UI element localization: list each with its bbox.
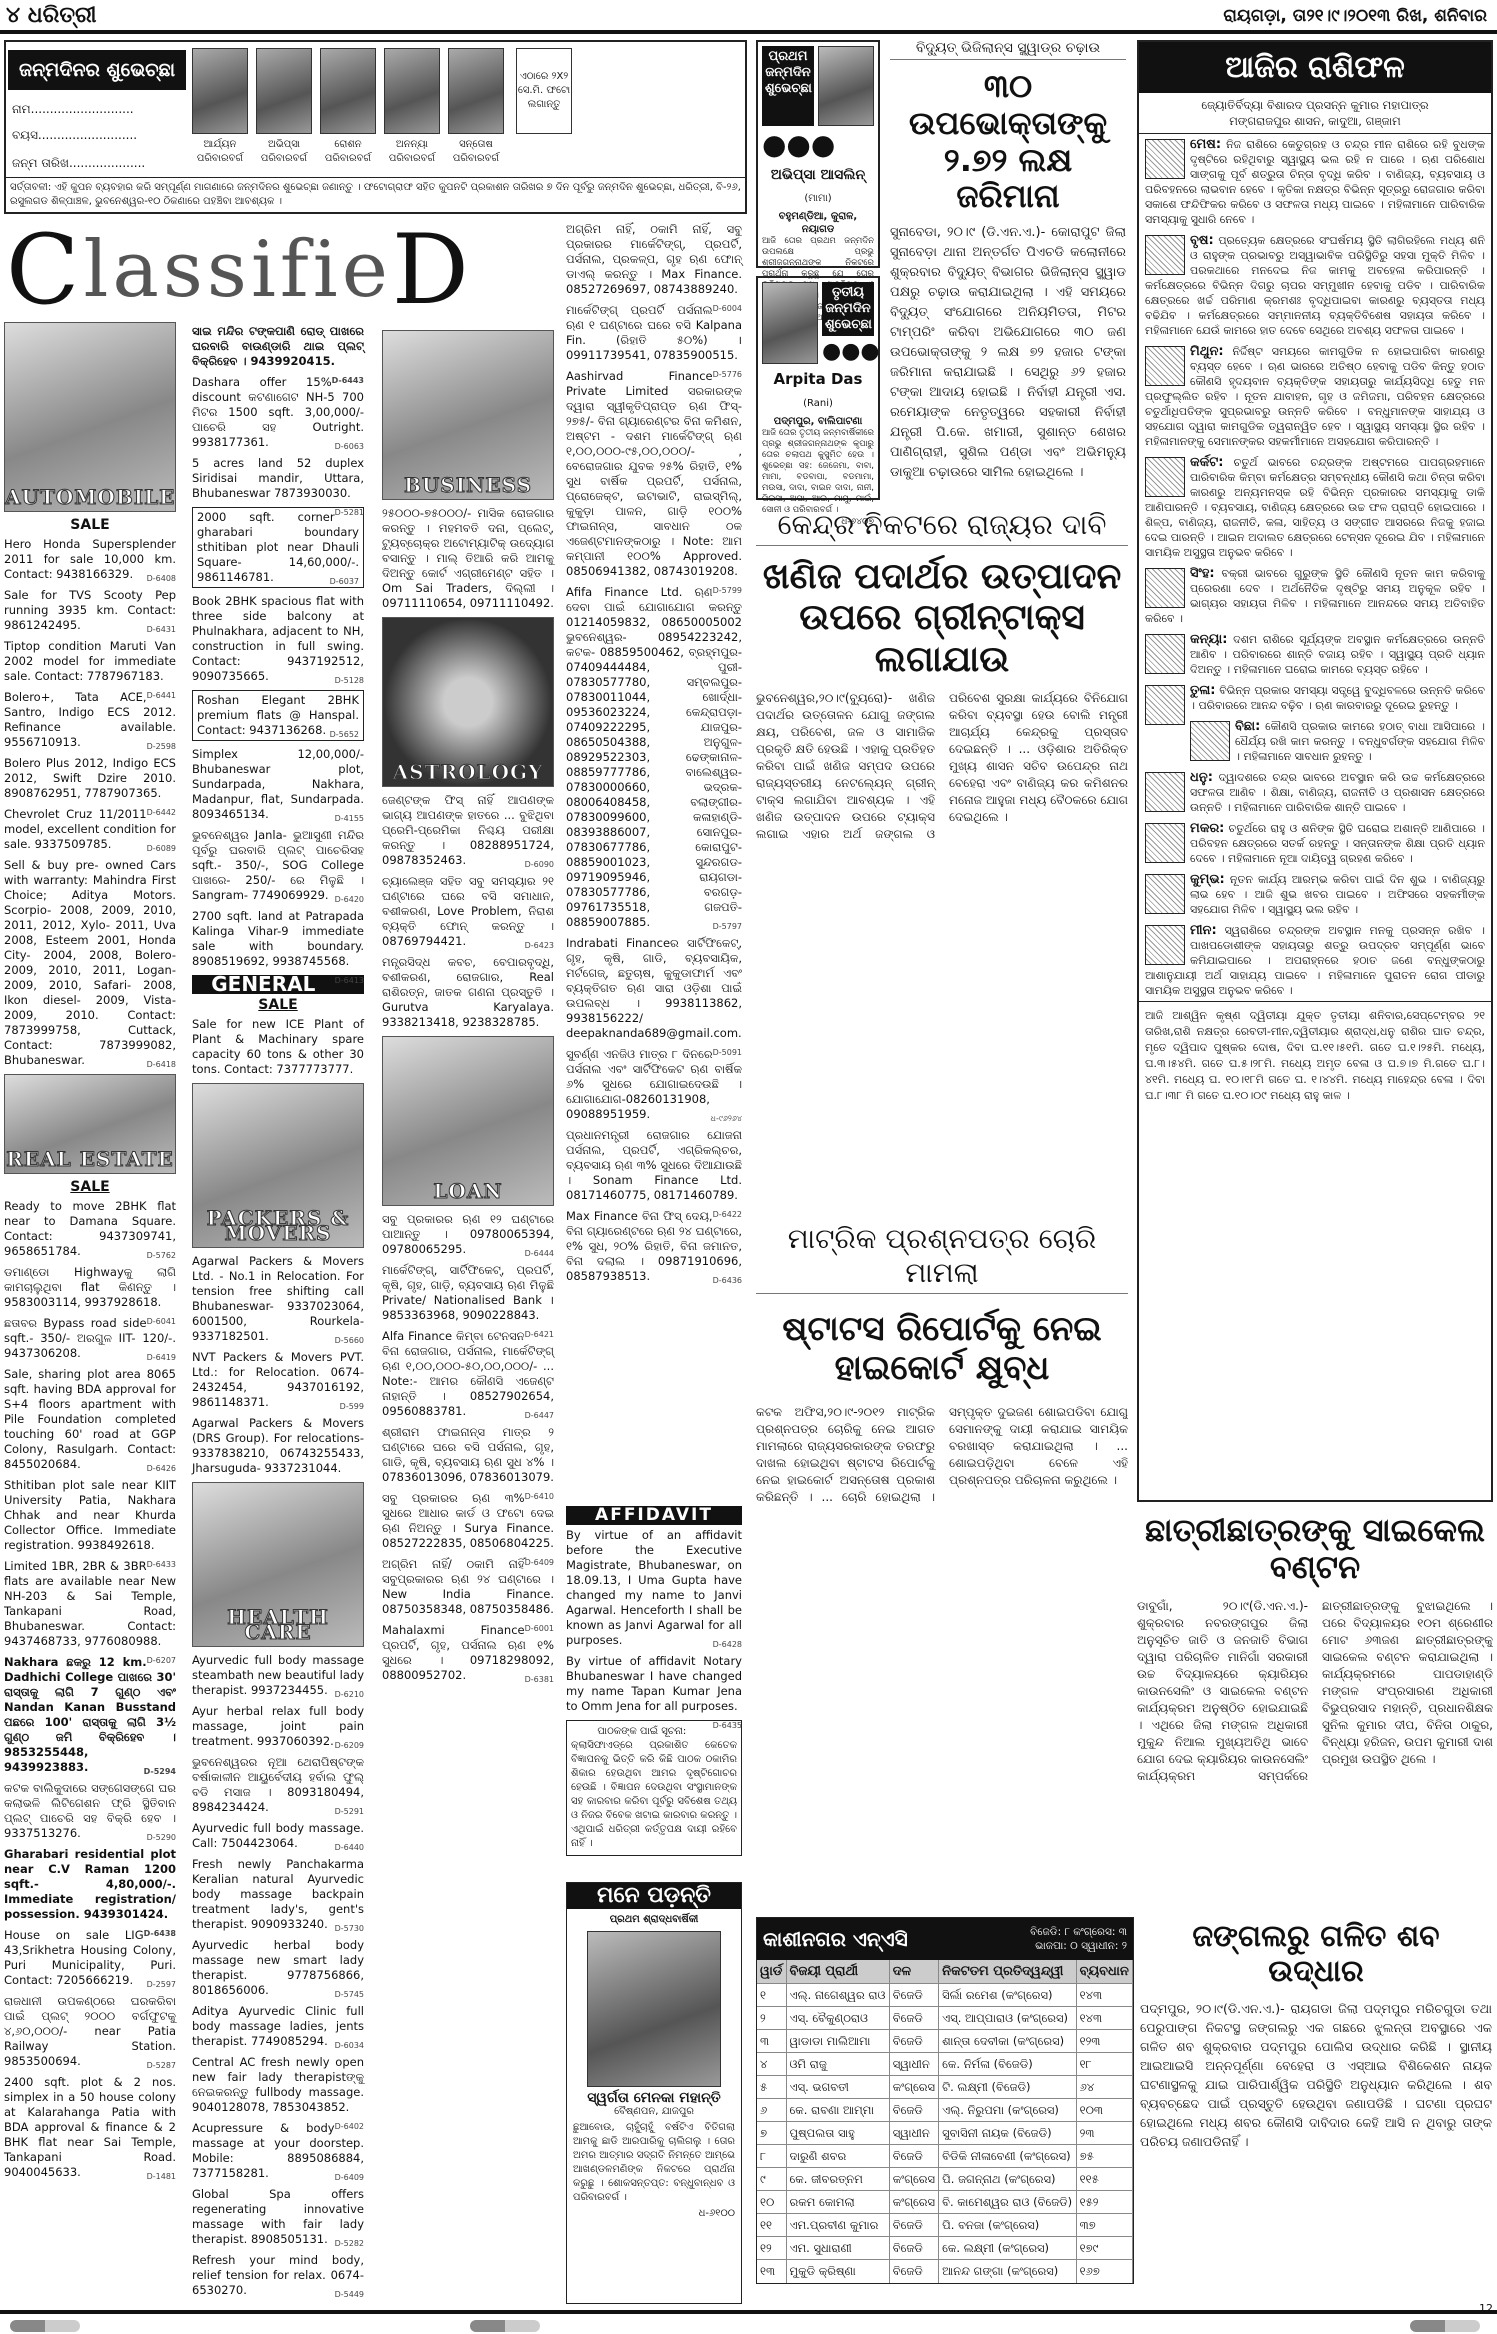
classified-ad: Sell & buy pre- owned Cars with warranty… bbox=[4, 858, 176, 1068]
table-cell: ୭ bbox=[757, 2122, 786, 2145]
table-cell: ପୁଷ୍ପଲତା ସାହୁ bbox=[786, 2122, 889, 2145]
horoscope-panel: ଆଜିର ରାଶିଫଳ ଜ୍ୟୋତିର୍ବିଦ୍ୟା ବିଶାରଦ ପ୍ରସନ୍… bbox=[1137, 40, 1493, 1502]
classified-ad: ଭୁବନେଶ୍ୱରର ନୂଆ ଥେରାପିଷ୍ଟଙ୍କ ବର୍ଷାକାଳୀନ ଆ… bbox=[192, 1755, 364, 1815]
table-cell: ଏମ. ସୁଧାରାଣୀ bbox=[786, 2237, 889, 2260]
cancer-icon bbox=[1145, 457, 1185, 497]
child-photo bbox=[818, 46, 874, 126]
table-cell: ଏଲ୍. ନିରୁପମା (କଂଗ୍ରେସ) bbox=[939, 2099, 1076, 2122]
classified-ad: Sale, sharing plot area 8065 sqft. havin… bbox=[4, 1367, 176, 1472]
baby-photo bbox=[256, 48, 312, 134]
obituary-title: ମନେ ପଡ଼ନ୍ତି bbox=[567, 1883, 741, 1909]
table-cell: ୭୫ bbox=[1076, 2145, 1132, 2168]
table-cell: କେ. ନିର୍ମଳା (ବିଜେଡି) bbox=[939, 2053, 1076, 2076]
table-cell: କଂଗ୍ରେସ bbox=[889, 2076, 938, 2099]
classified-ad: Global Spa offers regenerating innovativ… bbox=[192, 2187, 364, 2247]
panchang: ଆଜି ଆଶ୍ୱିନ କୃଷ୍ଣ ଦ୍ୱିତୀୟା ଯୁକ୍ତ ତୃତୀୟା ଶ… bbox=[1139, 1001, 1491, 1110]
table-cell: ୧୫୨ bbox=[1076, 2191, 1132, 2214]
classified-ad: Roshan Elegant 2BHK premium flats @ Hans… bbox=[192, 690, 364, 741]
bottom-rule bbox=[0, 2310, 1497, 2314]
virgo-icon bbox=[1145, 634, 1185, 674]
sale-heading: SALE bbox=[192, 998, 364, 1013]
classified-col-1: AUTOMOBILE SALE Hero Honda Supersplender… bbox=[4, 322, 176, 2186]
registration-mark bbox=[1410, 2320, 1480, 2332]
reader-notice: ପାଠକଙ୍କ ପାଇଁ ସୂଚନା: କ୍ଲାସିଫାଏଡ୍‌ରେ ପ୍ରକା… bbox=[566, 1720, 742, 1856]
table-row: ୪ଓମି ରାଜୁସ୍ୱାଧୀନକେ. ନିର୍ମଳା (ବିଜେଡି)୧୮ bbox=[757, 2053, 1133, 2076]
affidavit-heading: AFFIDAVIT bbox=[566, 1506, 742, 1525]
classified-col-3: BUSINESS ୨୫୦୦୦-୭୫୦୦୦/- ମାସିକ ରୋଜଗାର କରନ୍… bbox=[382, 330, 554, 1689]
sale-heading: SALE bbox=[4, 1180, 176, 1195]
table-cell: ବିଜେଡି bbox=[889, 2145, 938, 2168]
classified-ad: Sale for new ICE Plant of Plant & Machin… bbox=[192, 1017, 364, 1077]
table-row: ୧ଏଲ୍. ନାଗେଶ୍ୱର ରାଓବିଜେଡିସିର୍ଲା ରମେଶ (କଂଗ… bbox=[757, 1984, 1133, 2007]
table-cell: ୧୭୯ bbox=[1076, 2237, 1132, 2260]
table-cell: ବିଜେଡି bbox=[889, 2030, 938, 2053]
page-number: 12 bbox=[1479, 2302, 1493, 2315]
table-cell: ଏସ୍. ବୈକୁଣ୍ଠରାଓ bbox=[786, 2007, 889, 2030]
affidavit-section: AFFIDAVIT By virtue of an affidavit befo… bbox=[566, 1506, 742, 1856]
table-cell: ସ୍ୱାଧୀନ bbox=[889, 2053, 938, 2076]
classified-ad: 2700 sqft. land at Patrapada Kalinga Vih… bbox=[192, 909, 364, 969]
table-cell: କେ. ଜୀବରତ୍ନମ bbox=[786, 2168, 889, 2191]
table-cell: ପି. ଜଗନ୍ନାଥ (କଂଗ୍ରେସ) bbox=[939, 2168, 1076, 2191]
table-cell: ବିଜେଡି bbox=[889, 2214, 938, 2237]
classified-ad: ଜେଣ୍ଟଙ୍କ ଫିସ୍ ନାହିଁ ଆପଣଙ୍କ ଭାଗ୍ୟ ଆପଣଙ୍କ … bbox=[382, 793, 554, 868]
sign-cancer: କର୍କଟ: ଚତୁର୍ଥ ଭାବରେ ଚନ୍ଦ୍ରଙ୍କ ଅଷ୍ଟମରେ ପା… bbox=[1139, 452, 1491, 563]
table-cell: ଆନନ୍ଦ ଗଙ୍ଗା (କଂଗ୍ରେସ) bbox=[939, 2260, 1076, 2283]
classified-ad: ଅଗ୍ରିମ ନାହିଁ, ଠକାମି ନାହିଁ, ସବୁ ପ୍ରକାରର ମ… bbox=[566, 222, 742, 297]
table-cell: ୧୧୫ bbox=[1076, 2168, 1132, 2191]
classified-ad: ଭୁବନେଶ୍ୱର Janla- ଭୁଆସୁଣୀ ମନ୍ଦିର ପୂର୍ବରୁ … bbox=[192, 828, 364, 903]
business-banner: BUSINESS bbox=[382, 330, 554, 500]
sign-capricorn: ମକର: ଚତୁର୍ଥରେ ରାହୁ ଓ ଶନିଙ୍କ ସ୍ଥିତି ଘରୋଇ … bbox=[1139, 818, 1491, 869]
table-cell: କଂଗ୍ରେସ bbox=[889, 2168, 938, 2191]
table-cell: ଶାନ୍ତା ଦେବୀକା (କଂଗ୍ରେସ) bbox=[939, 2030, 1076, 2053]
man-photo bbox=[448, 48, 504, 134]
table-cell: ଓମି ରାଜୁ bbox=[786, 2053, 889, 2076]
classified-ad: Bolero Plus 2012, Indigo ECS 2012, Swift… bbox=[4, 756, 176, 801]
headline: ଖଣିଜ ପଦାର୍ଥର ଉତ୍ପାଦନ ଉପରେ ଗ୍ରୀନ୍‌ଟାକ୍ସ ଲ… bbox=[756, 556, 1128, 680]
headline: ଜଙ୍ଗଲରୁ ଗଳିତ ଶବ ଉଦ୍ଧାର bbox=[1140, 1920, 1492, 1989]
boy-photo bbox=[320, 48, 376, 134]
table-cell: ଏମ.ପ୍ରବୀଣ କୁମାର bbox=[786, 2214, 889, 2237]
table-cell: ୬୪ bbox=[1076, 2076, 1132, 2099]
obituary: ମନେ ପଡ଼ନ୍ତି ପ୍ରଥମ ଶ୍ରାଦ୍ଧବାର୍ଷିକୀ ସ୍ୱର୍ଗ… bbox=[566, 1882, 742, 2304]
baby-photo bbox=[192, 48, 248, 134]
pisces-icon bbox=[1145, 925, 1185, 965]
classified-ad: କଟକ ବାଲିକୁଦାରେ ସଙ୍ଗେସଙ୍ଗେ ଘର କଲାଭଳି ଲିଟି… bbox=[4, 1781, 176, 1841]
sign-aries: ମେଷ: ନିଜ ରାଶିରେ କେତୁଗ୍ରହ ଓ ଚନ୍ଦ୍ର ମୀନ ରା… bbox=[1139, 134, 1491, 230]
classified-col-4: ଅଗ୍ରିମ ନାହିଁ, ଠକାମି ନାହିଁ, ସବୁ ପ୍ରକାରର ମ… bbox=[566, 222, 742, 1290]
table-cell: ୧୪୩ bbox=[1076, 2007, 1132, 2030]
aries-icon bbox=[1145, 139, 1185, 179]
table-cell: କଂଗ୍ରେସ bbox=[889, 2191, 938, 2214]
table-cell: ଏଲ୍. ନାଗେଶ୍ୱର ରାଓ bbox=[786, 1984, 889, 2007]
table-cell: ୧୦୩ bbox=[1076, 2099, 1132, 2122]
column-header: ଦଳ bbox=[889, 1960, 938, 1984]
table-cell: ୧ bbox=[757, 1984, 786, 2007]
sign-virgo: କନ୍ୟା: ଦଶମ ରାଶିରେ ସୂର୍ଯ୍ୟଙ୍କ ଅବସ୍ଥାନ କର୍… bbox=[1139, 629, 1491, 680]
name-field: ନାମ........................... bbox=[12, 102, 134, 117]
news-matric: ମାଟ୍ରିକ ପ୍ରଶ୍ନପତ୍ର ଚୋରି ମାମଲା ଷ୍ଟାଟସ ରିପ… bbox=[756, 1222, 1128, 1884]
sign-taurus: ବୃଷ: ପ୍ରତ୍ୟେକ କ୍ଷେତ୍ରରେ ସଂଘର୍ଷମୟ ସ୍ଥିତି … bbox=[1139, 230, 1491, 341]
classified-ad: Limited 1BR, 2BR & 3BR flats are availab… bbox=[4, 1559, 176, 1649]
table-cell: ୬ bbox=[757, 2099, 786, 2122]
registration-mark bbox=[10, 2320, 80, 2332]
horoscope-title: ଆଜିର ରାଶିଫଳ bbox=[1139, 42, 1491, 93]
obituary-photo bbox=[587, 1931, 721, 2087]
girl-photo bbox=[384, 48, 440, 134]
table-cell: ୧୦ bbox=[757, 2191, 786, 2214]
table-cell: ୧୮ bbox=[1076, 2053, 1132, 2076]
astrology-banner: ASTROLOGY bbox=[382, 617, 554, 787]
classified-ad: Indrabati Financeର ସାର୍ଟିଫିକେଟ୍, ଗୃହ, କୃ… bbox=[566, 936, 742, 1041]
classified-ad: ସାଇ ମନ୍ଦିର ଟଙ୍କପାଣି ରୋଡ୍ ପାଖରେ ଘରବାରି ବା… bbox=[192, 324, 364, 369]
aquarius-icon bbox=[1145, 874, 1185, 914]
classified-ad: Agarwal Packers & Movers (DRS Group). Fo… bbox=[192, 1416, 364, 1476]
table-cell: ସ୍ୱାଧୀନ bbox=[889, 2122, 938, 2145]
table-cell: ୧୧ bbox=[757, 2214, 786, 2237]
automobile-banner: AUTOMOBILE bbox=[4, 322, 176, 512]
affidavit-notice: By virtue of an affidavit before the Exe… bbox=[566, 1528, 742, 1648]
sign-sagittarius: ଧନୁ: ଦ୍ୱାଦଶରେ ଚନ୍ଦ୍ର ଭାବରେ ଅବସ୍ଥାନ କରି ଉ… bbox=[1139, 767, 1491, 818]
table-cell: ୨୩ bbox=[1076, 2122, 1132, 2145]
balloons-icon: ●●● bbox=[762, 126, 874, 164]
classified-ad: Agarwal Packers & Movers Ltd. - No.1 in … bbox=[192, 1254, 364, 1344]
classified-ad: Afifa Finance Ltd. ଋଣ ଦେବା ପାଇଁ ଯୋଗାଯୋଗ … bbox=[566, 585, 742, 930]
election-results-table: କାଶୀନଗର ଏନ୍‌ଏସି ବିଜେଡି: ୮ କଂଗ୍ରେସ: ୩ଭାଜପ… bbox=[756, 1917, 1134, 2284]
classified-ad: Nakhara ଛକରୁ 12 km. Dadhichi College ପାଖ… bbox=[4, 1655, 176, 1775]
table-cell: ପି. ବନଜା (କଂଗ୍ରେସ) bbox=[939, 2214, 1076, 2237]
birthday-coupon-title: ଜନ୍ମଦିନର ଶୁଭେଚ୍ଛା bbox=[8, 50, 186, 90]
sagittarius-icon bbox=[1145, 772, 1185, 812]
classified-ad: Fresh newly Panchakarma Keralian natural… bbox=[192, 1857, 364, 1932]
libra-icon bbox=[1145, 685, 1185, 725]
news-cycle: ଛାତ୍ରୀଛାତ୍ରଙ୍କୁ ସାଇକେଲ ବଣ୍ଟନ ଡାବୁଗାଁ, ୨୦… bbox=[1137, 1512, 1493, 1960]
table-row: ୩ୱାଡାଡା ମାଲିଆମାବିଜେଡିଶାନ୍ତା ଦେବୀକା (କଂଗ୍… bbox=[757, 2030, 1133, 2053]
table-cell: ୧୨ bbox=[757, 2237, 786, 2260]
table-cell: ୮ bbox=[757, 2145, 786, 2168]
sign-aquarius: କୁମ୍ଭ: ନୂତନ କାର୍ଯ୍ୟ ଆରମ୍ଭ କରିବା ପାଇଁ ଦିନ… bbox=[1139, 869, 1491, 920]
sign-libra: ତୁଳା: ବିଭିନ୍ନ ପ୍ରକାର ସମସ୍ୟା ସତ୍ତ୍ୱେ ବୁଦ୍… bbox=[1139, 680, 1491, 716]
classified-ad: ରାଜଧାନୀ ଉପକଣ୍ଠରେ ଘରକରିବା ପାଇଁ ପ୍ଲଟ୍ ୨୦୦୦… bbox=[4, 1994, 176, 2069]
coupon-rules: ସର୍ତ୍ତାବଳୀ: ଏହି କୁପନ ବ୍ୟବହାର କରି ସମ୍ପୂର୍… bbox=[6, 177, 745, 212]
table-cell: ରକମ କୋମଲା bbox=[786, 2191, 889, 2214]
birthday-coupon: ଜନ୍ମଦିନର ଶୁଭେଚ୍ଛା ନାମ...................… bbox=[4, 40, 747, 214]
dateline: ରାୟଗଡ଼ା, ତା୨୧।୯।୨୦୧୩ ରିଖ, ଶନିବାର bbox=[1223, 6, 1487, 26]
capricorn-icon bbox=[1145, 823, 1185, 863]
classified-ad: Tiptop condition Maruti Van 2002 model f… bbox=[4, 639, 176, 684]
taurus-icon bbox=[1145, 235, 1185, 275]
leo-icon bbox=[1145, 568, 1185, 608]
sale-heading: SALE bbox=[4, 518, 176, 533]
dob-field: ଜନ୍ମ ତାରିଖ.................... bbox=[12, 156, 145, 171]
table-cell: ୩ bbox=[757, 2030, 786, 2053]
classified-ad: 5 acres land 52 duplex Siridisai mandir,… bbox=[192, 456, 364, 501]
news-body-found: ଜଙ୍ଗଲରୁ ଗଳିତ ଶବ ଉଦ୍ଧାର ପଦ୍ମପୁର, ୨୦।୯(ଡି.… bbox=[1140, 1920, 1492, 2151]
scorpio-icon bbox=[1190, 721, 1230, 761]
table-cell: ୫ bbox=[757, 2076, 786, 2099]
table-cell: ୧୩ bbox=[757, 2260, 786, 2283]
table-cell: ବିଡିକି ନୀଳାବେଣୀ (କଂଗ୍ରେସ) bbox=[939, 2145, 1076, 2168]
balloons-icon: ●●● bbox=[822, 336, 874, 368]
horoscope-author: ଜ୍ୟୋତିର୍ବିଦ୍ୟା ବିଶାରଦ ପ୍ରସନ୍ନ କୁମାର ମହାପ… bbox=[1139, 93, 1491, 134]
column-header: ବିଜୟୀ ପ୍ରାର୍ଥୀ bbox=[786, 1960, 889, 1984]
classified-ad: Ayurvedic full body massage steambath ne… bbox=[192, 1653, 364, 1698]
classified-ad: Refresh your mind body, relief tension f… bbox=[192, 2253, 364, 2298]
sign-scorpio: ବିଛା: କୌଣସି ପ୍ରକାର କାମରେ ହଠାତ୍ ବାଧା ଆସିପ… bbox=[1139, 716, 1491, 767]
table-row: ୧୩ମୁକୁଡି କ୍ରିଷ୍ଣାବିଜେଡିଆନନ୍ଦ ଗଙ୍ଗା (କଂଗ୍… bbox=[757, 2260, 1133, 2283]
classified-ad: Simplex 12,00,000/- Bhubaneswar plot, Su… bbox=[192, 747, 364, 822]
classified-ad: Alfa Finance କିମ୍ବା ଟେନସନ ବିନା ରୋଜଗାର, ପ… bbox=[382, 1329, 554, 1419]
third-birthday-wish: ତୃତୀୟ ଜନ୍ମଦିନ ଶୁଭେଚ୍ଛା ●●● Arpita Das (R… bbox=[756, 276, 880, 500]
classified-ad: Sthitiban plot sale near KIIT University… bbox=[4, 1478, 176, 1553]
headline: ଛାତ୍ରୀଛାତ୍ରଙ୍କୁ ସାଇକେଲ ବଣ୍ଟନ bbox=[1137, 1512, 1493, 1586]
classified-col-2: ସାଇ ମନ୍ଦିର ଟଙ୍କପାଣି ରୋଡ୍ ପାଖରେ ଘରବାରି ବା… bbox=[192, 324, 364, 2304]
classified-ad: Ready to move 2BHK flat near to Damana S… bbox=[4, 1199, 176, 1259]
packers-movers-banner: PACKERS & MOVERS bbox=[192, 1083, 364, 1248]
affidavit-notice: By virtue of affidavit Notary Bhubaneswa… bbox=[566, 1654, 742, 1714]
table-header: କାଶୀନଗର ଏନ୍‌ଏସି ବିଜେଡି: ୮ କଂଗ୍ରେସ: ୩ଭାଜପ… bbox=[757, 1918, 1133, 1960]
classified-ad: Aashirvad Finance Private Limited ସରକାରଙ… bbox=[566, 369, 742, 579]
gemini-icon bbox=[1145, 346, 1185, 386]
table-row: ୧୨ଏମ. ସୁଧାରାଣୀବିଜେଡିକେ. ଲକ୍ଷ୍ମୀ (କଂଗ୍ରେସ… bbox=[757, 2237, 1133, 2260]
table-cell: ବି. କାମେଶ୍ୱର ରାଓ (ବିଜେଡି) bbox=[939, 2191, 1076, 2214]
classified-ad: ଶ୍ରୀରାମ ଫାଇନାନ୍ସ ମାତ୍ର ୨ ଘଣ୍ଟାରେ ଘରେ ବସି… bbox=[382, 1425, 554, 1485]
table-cell: ବିଜେଡି bbox=[889, 2007, 938, 2030]
table-row: ୬କେ. ରାବଣା ଆମ୍ମାବିଜେଡିଏଲ୍. ନିରୁପମା (କଂଗ୍… bbox=[757, 2099, 1133, 2122]
table-row: ୨ଏସ୍. ବୈକୁଣ୍ଠରାଓବିଜେଡିଏସ୍. ଆପ୍ପାରାଓ (କଂଗ… bbox=[757, 2007, 1133, 2030]
photo-slot: ଏଠାରେ ୨X୨ ସେ.ମି. ଫଟୋ ଲଗାନ୍ତୁ bbox=[516, 48, 572, 134]
table-row: ୯କେ. ଜୀବରତ୍ନମକଂଗ୍ରେସପି. ଜଗନ୍ନାଥ (କଂଗ୍ରେସ… bbox=[757, 2168, 1133, 2191]
registration-mark bbox=[470, 2320, 540, 2332]
classified-ad: 2400 sqft. plot & 2 nos. simplex in a 50… bbox=[4, 2075, 176, 2180]
page-label: ୪ ଧରିତ୍ରୀ bbox=[6, 2, 97, 28]
health-care-banner: HEALTH CARE bbox=[192, 1482, 364, 1647]
classified-ad: ମାର୍କେଟିଙ୍ଗ୍, ସାର୍ଟିଫିକେଟ୍, ପ୍ରପର୍ଟି, କୃ… bbox=[382, 1263, 554, 1323]
age-field: ବୟସ.......................... bbox=[12, 128, 137, 143]
table-cell: ୩୭ bbox=[1076, 2214, 1132, 2237]
column-header: ୱାର୍ଡ bbox=[757, 1960, 786, 1984]
table-cell: ସୁବାସିନୀ ନାୟକ (ବିଜେଡି) bbox=[939, 2122, 1076, 2145]
classified-ad: Ayur herbal relax full body massage, joi… bbox=[192, 1704, 364, 1749]
table-cell: ୱାଡାଡା ମାଲିଆମା bbox=[786, 2030, 889, 2053]
table-row: ୫ଏସ୍. ଭଗବତୀକଂଗ୍ରେସଟି. ଲକ୍ଷ୍ମୀ (ବିଜେଡି)୬୪ bbox=[757, 2076, 1133, 2099]
classified-ad: Central AC fresh newly open new fair lad… bbox=[192, 2055, 364, 2115]
headline: ୩୦ ଉପଭୋକ୍ତାଙ୍କୁ ୨.୭୨ ଲକ୍ଷ ଜରିମାନା bbox=[890, 68, 1126, 215]
classified-ad: ମନ୍ତ୍ରସିଦ୍ଧ କବଚ, ବେପାରବୃଦ୍ଧି, ବଶୀକରଣ, ରୋ… bbox=[382, 955, 554, 1030]
table-cell: ମୁକୁଡି କ୍ରିଷ୍ଣା bbox=[786, 2260, 889, 2283]
table-cell: ସିର୍ଲା ରମେଶ (କଂଗ୍ରେସ) bbox=[939, 1984, 1076, 2007]
top-rule bbox=[0, 30, 1497, 34]
table-row: ୭ପୁଷ୍ପଲତା ସାହୁସ୍ୱାଧୀନସୁବାସିନୀ ନାୟକ (ବିଜେ… bbox=[757, 2122, 1133, 2145]
real-estate-banner: REAL ESTATE bbox=[4, 1074, 176, 1174]
table-cell: ବିଜେଡି bbox=[889, 2260, 938, 2283]
classified-ad: Ayurvedic herbal body massage new smart … bbox=[192, 1938, 364, 1998]
column-header: ନିକଟତମ ପ୍ରତିଦ୍ୱନ୍ଦ୍ୱୀ bbox=[939, 1960, 1076, 1984]
classified-ad: Book 2BHK spacious flat with three side … bbox=[192, 594, 364, 684]
classified-ad: Hero Honda Supersplender 2011 for sale 1… bbox=[4, 537, 176, 582]
table-cell: ୧୬୭ bbox=[1076, 2260, 1132, 2283]
classified-ad: ପ୍ରଧାନମନ୍ତ୍ରୀ ରୋଜଗାର ଯୋଜନା ପର୍ସନାଲ, ପ୍ରପ… bbox=[566, 1128, 742, 1203]
table-row: ୧୦ରକମ କୋମଲାକଂଗ୍ରେସବି. କାମେଶ୍ୱର ରାଓ (ବିଜେ… bbox=[757, 2191, 1133, 2214]
table-cell: ୪ bbox=[757, 2053, 786, 2076]
table-cell: କେ. ରାବଣା ଆମ୍ମା bbox=[786, 2099, 889, 2122]
classified-ad: ସବୁ ପ୍ରକାରର ଋଣ ୧୨ ଘଣ୍ଟାରେ ପାଆନ୍ତୁ । 0978… bbox=[382, 1212, 554, 1257]
headline: ଷ୍ଟାଟସ ରିପୋର୍ଟକୁ ନେଇ ହାଇକୋର୍ଟ କ୍ଷୁବ୍ଧ bbox=[756, 1310, 1128, 1388]
table-row: ୮ଦାରୁଣି ଶବରବିଜେଡିବିଡିକି ନୀଳାବେଣୀ (କଂଗ୍ରେ… bbox=[757, 2145, 1133, 2168]
table-cell: ବିଜେଡି bbox=[889, 2099, 938, 2122]
child-photo bbox=[762, 282, 818, 364]
sign-pisces: ମୀନ: ସ୍ୱରାଶିରେ ଚନ୍ଦ୍ରଙ୍କ ଅବସ୍ଥାନ ମନକୁ ପ୍… bbox=[1139, 920, 1491, 1001]
table-cell: ଦାରୁଣି ଶବର bbox=[786, 2145, 889, 2168]
table-cell: କେ. ଲକ୍ଷ୍ମୀ (କଂଗ୍ରେସ) bbox=[939, 2237, 1076, 2260]
classified-ad: Sale for TVS Scooty Pep running 3935 km.… bbox=[4, 588, 176, 633]
classified-ad: NVT Packers & Movers PVT. Ltd.: for Relo… bbox=[192, 1350, 364, 1410]
column-header: ବ୍ୟବଧାନ bbox=[1076, 1960, 1132, 1984]
photo-caption: ସନ୍ତୋଷପରିବାରବର୍ଗ bbox=[436, 138, 516, 166]
news-mineral: କେନ୍ଦ୍ର ନିକଟରେ ରାଜ୍ୟର ଦାବି ଖଣିଜ ପଦାର୍ଥର … bbox=[756, 508, 1128, 1110]
table-cell: ଟି. ଲକ୍ଷ୍ମୀ (ବିଜେଡି) bbox=[939, 2076, 1076, 2099]
classified-ad: ୨୫୦୦୦-୭୫୦୦୦/- ମାସିକ ରୋଜଗାର କରନ୍ତୁ । ମହମବ… bbox=[382, 506, 554, 611]
table-row: ୧୧ଏମ.ପ୍ରବୀଣ କୁମାରବିଜେଡିପି. ବନଜା (କଂଗ୍ରେସ… bbox=[757, 2214, 1133, 2237]
loan-banner: LOAN bbox=[382, 1036, 554, 1206]
classified-ad: ଡମାଣ୍ଡୋ Highwayକୁ ଲାଗି କାମଚାଲୁଥିବା flat … bbox=[4, 1265, 176, 1310]
table-cell: ବିଜେଡି bbox=[889, 1984, 938, 2007]
news-vigilance: ବିଦ୍ୟୁତ୍ ଭିଜିଲାନ୍ସ ସ୍କ୍ୱାଡ୍‌ର ଚଢ଼ାଉ ୩୦ ଉ… bbox=[890, 40, 1126, 483]
sign-gemini: ମିଥୁନ: ନିର୍ଦ୍ଦିଷ୍ଟ ସମୟରେ କାମଗୁଡିକ ନ ହୋଇପ… bbox=[1139, 341, 1491, 452]
table-cell: ୨ bbox=[757, 2007, 786, 2030]
sign-leo: ସିଂହ: ବକ୍ରୀ ଭାବରେ ଗୁରୁଙ୍କ ସ୍ଥିତି କୌଣସି ନ… bbox=[1139, 563, 1491, 629]
table-cell: ୯ bbox=[757, 2168, 786, 2191]
classified-ad: Ayurvedic full body massage. Call: 75044… bbox=[192, 1821, 364, 1851]
classified-logo: ClassifieD bbox=[6, 225, 376, 315]
table-cell: ୧୨୩ bbox=[1076, 2030, 1132, 2053]
table-cell: ୧୪୩ bbox=[1076, 1984, 1132, 2007]
classified-ad: Aditya Ayurvedic Clinic full body massag… bbox=[192, 2004, 364, 2049]
table-cell: ଏସ୍. ଆପ୍ପାରାଓ (କଂଗ୍ରେସ) bbox=[939, 2007, 1076, 2030]
classified-ad: ଚ୍ୟାଲେଞ୍ଜ ସହିତ ସବୁ ସମସ୍ୟାର ୨୧ ଘଣ୍ଟାରେ ଘର… bbox=[382, 874, 554, 949]
first-birthday-wish: ପ୍ରଥମ ଜନ୍ମଦିନ ଶୁଭେଚ୍ଛା ●●● ଅଭିପ୍ସା ଆସଲିନ… bbox=[756, 40, 880, 268]
classified-ad: Gharabari residential plot near C.V Rama… bbox=[4, 1847, 176, 1922]
table-cell: ଏସ୍. ଭଗବତୀ bbox=[786, 2076, 889, 2099]
table-cell: ବିଜେଡି bbox=[889, 2237, 938, 2260]
